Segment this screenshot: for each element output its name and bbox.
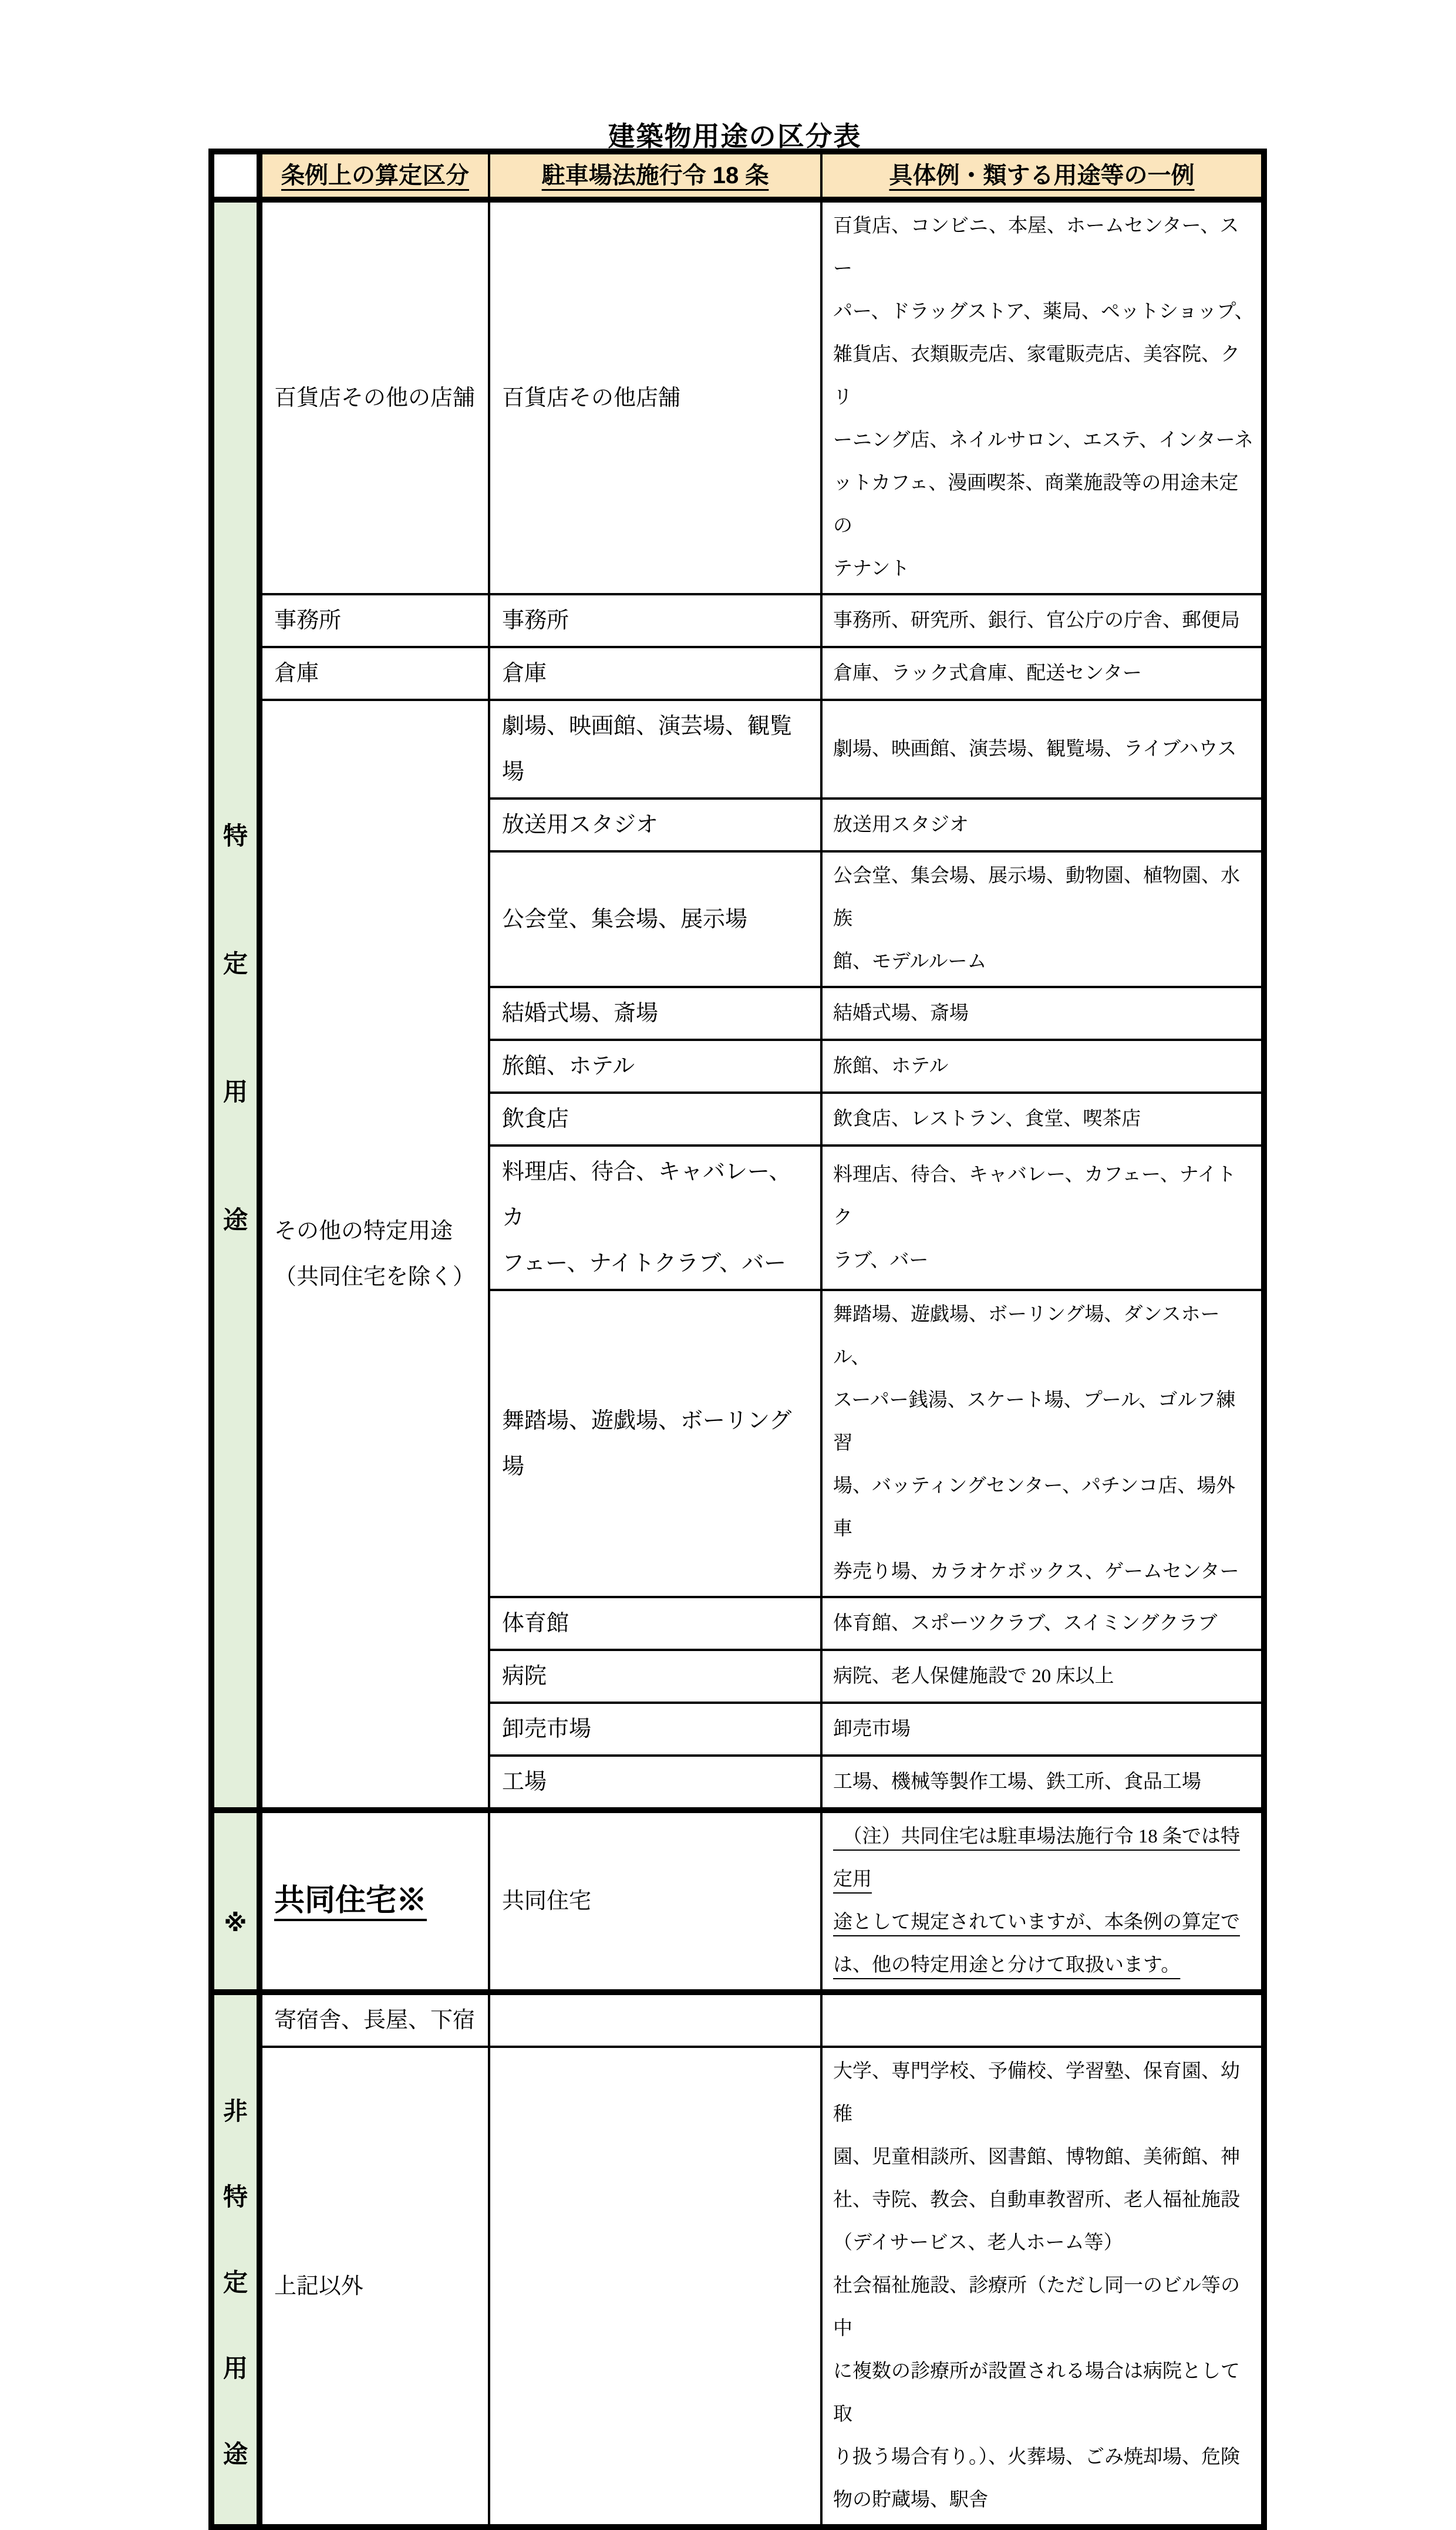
- cell-ordinance: 放送用スタジオ: [489, 799, 821, 851]
- vertical-label-char: 途: [223, 1208, 248, 1232]
- kome-mark: ※: [224, 1911, 247, 1936]
- header-examples: 具体例・類する用途等の一例: [821, 151, 1264, 200]
- vertical-label-char: 特: [223, 824, 248, 848]
- table-row: 非 特 定 用 途 寄宿舎、長屋、下宿: [211, 1992, 1264, 2047]
- table-row: 特 定 用 途 百貨店その他の店舗 百貨店その他店舗 百貨店、コンビニ、本屋、ホ…: [211, 200, 1264, 594]
- cell-ordinance: 舞踏場、遊戯場、ボーリング 場: [489, 1290, 821, 1597]
- vertical-label-char: 特: [223, 2185, 248, 2209]
- cell-examples: 公会堂、集会場、展示場、動物園、植物園、水族 館、モデルルーム: [821, 851, 1264, 987]
- header-corner-cell: [211, 151, 259, 200]
- document-page: { "title": "建築物用途の区分表", "colors": { "hea…: [0, 0, 1456, 2059]
- table-row: 倉庫 倉庫 倉庫、ラック式倉庫、配送センター: [211, 647, 1264, 700]
- table-header-row: 条例上の算定区分 駐車場法施行令 18 条 具体例・類する用途等の一例: [211, 151, 1264, 200]
- vertical-label-char: 用: [223, 1080, 248, 1104]
- cell-category: 百貨店その他の店舗: [259, 200, 489, 594]
- header-category-label: 条例上の算定区分: [281, 163, 469, 188]
- cell-examples-note: （注）共同住宅は駐車場法施行令 18 条では特定用 途として規定されていますが、…: [821, 1810, 1264, 1992]
- cell-category: 倉庫: [259, 647, 489, 700]
- cell-ordinance: 飲食店: [489, 1093, 821, 1146]
- header-examples-label: 具体例・類する用途等の一例: [889, 163, 1195, 188]
- cell-ordinance: 料理店、待合、キャバレー、カ フェー、ナイトクラブ、バー: [489, 1146, 821, 1290]
- cell-examples: 料理店、待合、キャバレー、カフェー、ナイトク ラブ、バー: [821, 1146, 1264, 1290]
- cell-category: 寄宿舎、長屋、下宿: [259, 1992, 489, 2047]
- cell-examples: 体育館、スポーツクラブ、スイミングクラブ: [821, 1597, 1264, 1650]
- cell-ordinance: 共同住宅: [489, 1810, 821, 1992]
- table-row: 事務所 事務所 事務所、研究所、銀行、官公庁の庁舎、郵便局: [211, 594, 1264, 647]
- cell-examples: 工場、機械等製作工場、鉄工所、食品工場: [821, 1756, 1264, 1810]
- cell-category-sonota: その他の特定用途 （共同住宅を除く）: [259, 700, 489, 1810]
- header-ordinance: 駐車場法施行令 18 条: [489, 151, 821, 200]
- cell-examples: 事務所、研究所、銀行、官公庁の庁舎、郵便局: [821, 594, 1264, 647]
- cell-examples: [821, 1992, 1264, 2047]
- section-label-hitokutei: 非 特 定 用 途: [211, 1992, 259, 2527]
- cell-examples: 結婚式場、斎場: [821, 987, 1264, 1040]
- cell-examples: 大学、専門学校、予備校、学習塾、保育園、幼稚 園、児童相談所、図書館、博物館、美…: [821, 2047, 1264, 2527]
- cell-examples: 百貨店、コンビニ、本屋、ホームセンター、スー パー、ドラッグストア、薬局、ペット…: [821, 200, 1264, 594]
- cell-ordinance: 工場: [489, 1756, 821, 1810]
- table-row: 上記以外 大学、専門学校、予備校、学習塾、保育園、幼稚 園、児童相談所、図書館、…: [211, 2047, 1264, 2527]
- cell-examples: 旅館、ホテル: [821, 1040, 1264, 1093]
- cell-ordinance: 公会堂、集会場、展示場: [489, 851, 821, 987]
- cell-ordinance: [489, 1992, 821, 2047]
- classification-table: 条例上の算定区分 駐車場法施行令 18 条 具体例・類する用途等の一例 特 定 …: [208, 149, 1267, 2530]
- cell-examples: 舞踏場、遊戯場、ボーリング場、ダンスホール、 スーパー銭湯、スケート場、プール、…: [821, 1290, 1264, 1597]
- cell-ordinance: 卸売市場: [489, 1703, 821, 1756]
- cell-examples: 放送用スタジオ: [821, 799, 1264, 851]
- vertical-label-char: 途: [223, 2442, 248, 2467]
- cell-examples: 卸売市場: [821, 1703, 1264, 1756]
- cell-ordinance: 事務所: [489, 594, 821, 647]
- header-category: 条例上の算定区分: [259, 151, 489, 200]
- cell-category: 事務所: [259, 594, 489, 647]
- cell-examples: 劇場、映画館、演芸場、観覧場、ライブハウス: [821, 700, 1264, 799]
- section-label-tokutei: 特 定 用 途: [211, 200, 259, 1810]
- header-ordinance-label: 駐車場法施行令 18 条: [542, 163, 769, 188]
- cell-ordinance: 倉庫: [489, 647, 821, 700]
- cell-examples: 病院、老人保健施設で 20 床以上: [821, 1650, 1264, 1703]
- vertical-label: 特 定 用 途: [223, 749, 248, 1307]
- section-label-kome: ※: [211, 1810, 259, 1992]
- vertical-label-char: 用: [223, 2356, 248, 2381]
- vertical-label-char: 非: [223, 2099, 248, 2124]
- cell-ordinance: [489, 2047, 821, 2527]
- cell-examples: 倉庫、ラック式倉庫、配送センター: [821, 647, 1264, 700]
- table-row: その他の特定用途 （共同住宅を除く） 劇場、映画館、演芸場、観覧 場 劇場、映画…: [211, 700, 1264, 799]
- cell-ordinance: 劇場、映画館、演芸場、観覧 場: [489, 700, 821, 799]
- table-row-kyodojutaku: ※ 共同住宅※ 共同住宅 （注）共同住宅は駐車場法施行令 18 条では特定用 途…: [211, 1810, 1264, 1992]
- cell-ordinance: 体育館: [489, 1597, 821, 1650]
- cell-ordinance: 百貨店その他店舗: [489, 200, 821, 594]
- vertical-label: 非 特 定 用 途: [223, 2046, 248, 2520]
- cell-ordinance: 病院: [489, 1650, 821, 1703]
- cell-ordinance: 旅館、ホテル: [489, 1040, 821, 1093]
- cell-examples: 飲食店、レストラン、食堂、喫茶店: [821, 1093, 1264, 1146]
- cell-category-kyodojutaku: 共同住宅※: [259, 1810, 489, 1992]
- cell-ordinance: 結婚式場、斎場: [489, 987, 821, 1040]
- cell-category: 上記以外: [259, 2047, 489, 2527]
- vertical-label-char: 定: [223, 2270, 248, 2295]
- vertical-label-char: 定: [223, 952, 248, 976]
